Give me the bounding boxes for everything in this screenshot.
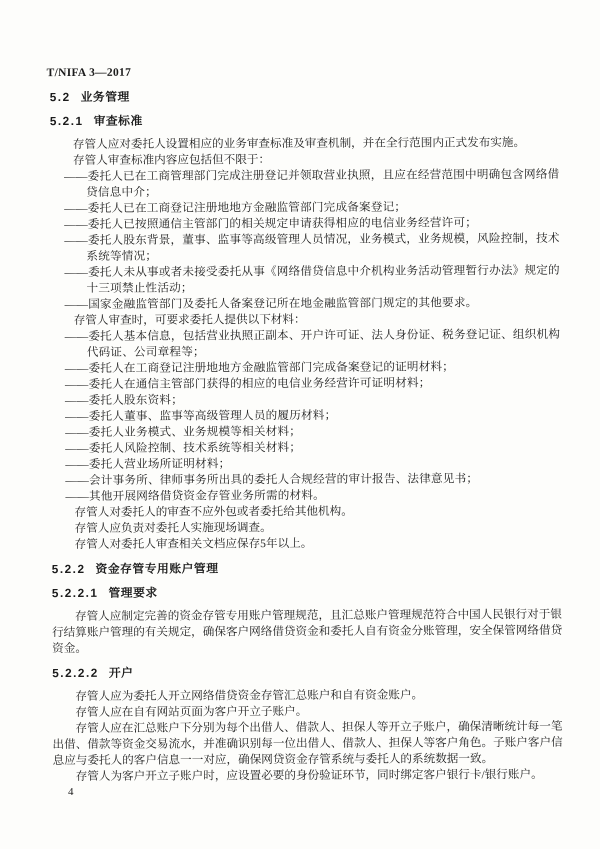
section-heading: 5.2.1审查标准 [50,111,544,129]
section-title: 开户 [109,666,134,680]
document-body: 5.2业务管理5.2.1审查标准存管人应对委托人设置相应的业务审查标准及审查机制… [50,87,547,785]
section-title: 审查标准 [94,114,143,128]
list-item-line: ——委托人未从事或者未接受委托从事《网络借贷信息中介机构业务活动管理暂行办法》规… [50,263,544,281]
section-number: 5.2.2 [52,562,86,576]
section-number: 5.2.2.1 [52,586,99,600]
paragraph-line: 资金。 [52,639,546,657]
scanned-document-page: T/NIFA 3—2017 5.2业务管理5.2.1审查标准存管人应对委托人设置… [0,0,600,849]
section-number: 5.2 [50,90,71,104]
list-item-line: ——委托人基本信息，包括营业执照正副本、开户许可证、法人身份证、税务登记证、组织… [51,327,545,345]
section-heading: 5.2.2.1管理要求 [52,583,546,601]
section-number: 5.2.2.2 [52,666,99,680]
paragraph-line: 存管人应对委托人设置相应的业务审查标准及审查机制，并在全行范围内正式发布实施。 [50,135,544,153]
list-item-line: ——会计事务所、律师事务所出具的委托人合规经营的审计报告、法律意见书； [51,471,545,489]
list-item-line: ——委托人已在工商管理部门完成注册登记并领取营业执照，且应在经营范围中明确包含网… [50,167,544,185]
paragraph-line: 存管人为客户开立子账户时，应设置必要的身份验证环节，同时绑定客户银行卡/银行账户… [53,767,547,785]
section-heading: 5.2.2资金存管专用账户管理 [52,559,546,577]
section-heading: 5.2.2.2开户 [52,663,546,681]
document-content: T/NIFA 3—2017 5.2业务管理5.2.1审查标准存管人应对委托人设置… [0,0,600,785]
section-title: 管理要求 [108,586,157,600]
section-heading: 5.2业务管理 [50,87,544,105]
document-header-standard-number: T/NIFA 3—2017 [47,63,544,81]
paragraph-line: 存管人对委托人审查相关文档应保存5年以上。 [52,535,546,553]
section-title: 资金存管专用账户管理 [95,561,218,576]
section-number: 5.2.1 [50,114,84,128]
page-number: 4 [68,785,74,799]
list-item-line: ——委托人股东背景，董事、监事等高级管理人员情况，业务模式，业务规模，风险控制，… [50,231,544,249]
paragraph-line: 行结算账户管理的有关规定，确保客户网络借贷资金和委托人自有资金分账管理，安全保管… [52,623,546,641]
section-title: 业务管理 [81,90,130,104]
list-item-line: ——国家金融监管部门及委托人备案登记所在地金融监管部门规定的其他要求。 [51,295,545,313]
